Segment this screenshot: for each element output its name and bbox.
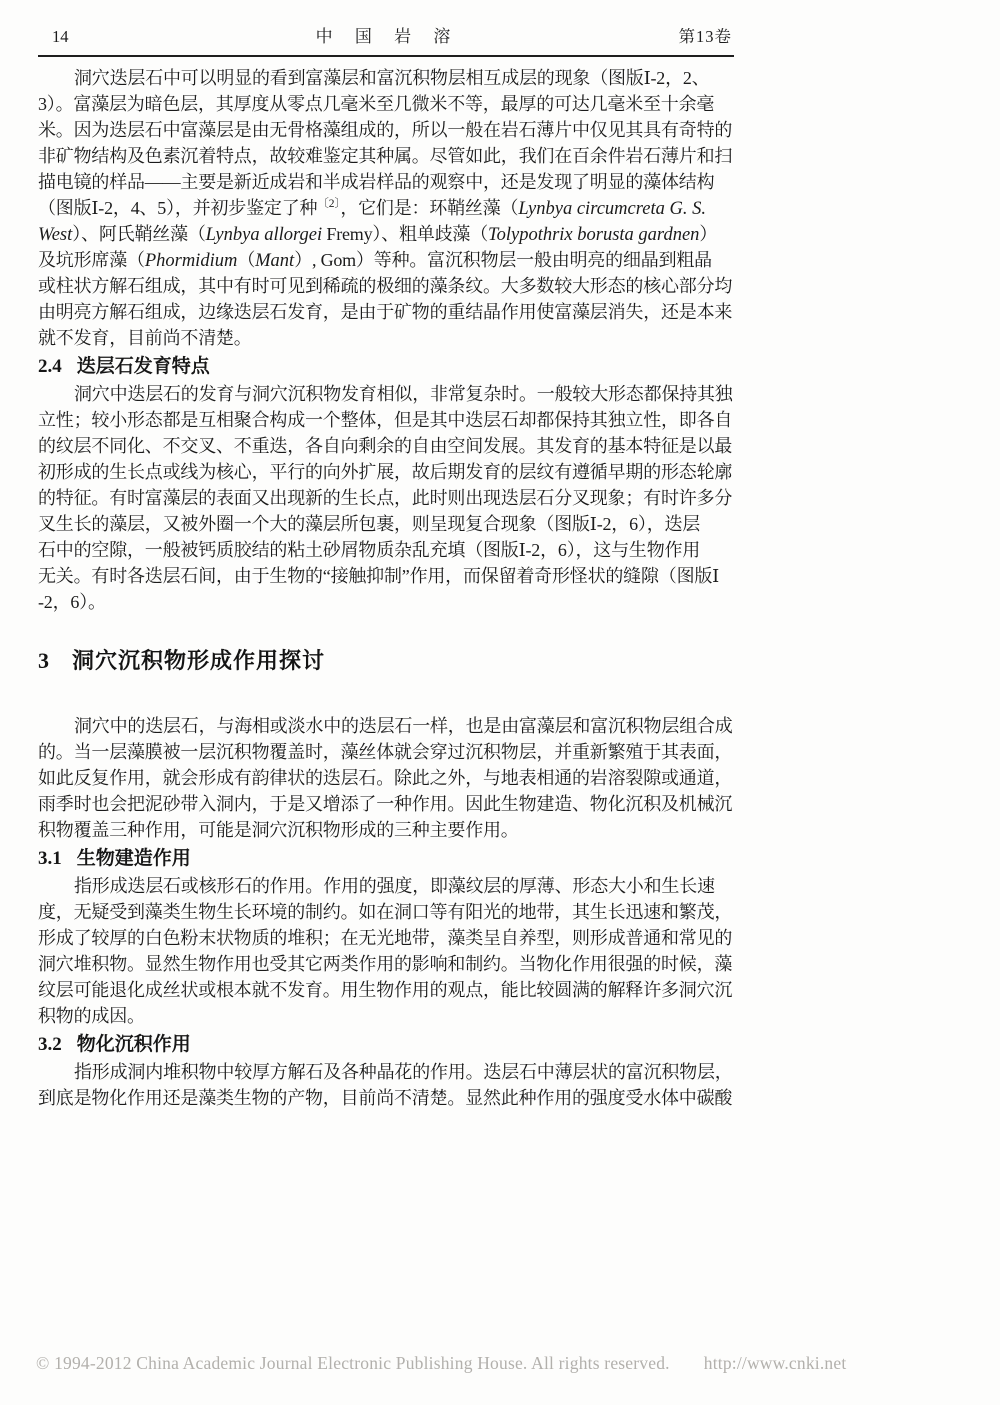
text-line: 米。因为迭层石中富藻层是由无骨格藻组成的，所以一般在岩石薄片中仅见其具有奇特的 [38, 117, 734, 143]
latin-species-name: Lynbya circumcreta G. S. [518, 199, 706, 219]
latin-species-name: Mant [255, 251, 294, 271]
text-segment: ） [699, 224, 717, 244]
latin-species-name: West [38, 225, 72, 245]
text-line: 3）。富藻层为暗色层，其厚度从零点几毫米至几微米不等，最厚的可达几毫米至十余毫 [38, 91, 734, 117]
text-line: 洞穴中迭层石的发育与洞穴沉积物发育相似，非常复杂时。一般较大形态都保持其独 [38, 381, 734, 407]
text-line: 就不发育，目前尚不清楚。 [38, 325, 734, 351]
latin-species-name: Tolypothrix borusta gardnen [488, 225, 699, 245]
page-footer: © 1994-2012 China Academic Journal Elect… [36, 1353, 966, 1374]
heading-number: 3.2 [38, 1034, 62, 1055]
text-line: 描电镜的样品——主要是新近成岩和半成岩样品的观察中，还是发现了明显的藻体结构 [38, 169, 734, 195]
text-segment: ）, Gom）等种。富沉积物层一般由明亮的细晶到粗晶 [294, 250, 712, 270]
text-segment: 洞穴中的迭层石，与海相或淡水中的迭层石一样，也是由富藻层和富沉积物层组合成 [74, 716, 733, 736]
heading-number: 3 [38, 648, 50, 673]
block-paragraph: 洞穴中迭层石的发育与洞穴沉积物发育相似，非常复杂时。一般较大形态都保持其独立性；… [38, 381, 734, 615]
text-line: 石中的空隙，一般被钙质胶结的粘土砂屑物质杂乱充填（图版Ⅰ-2，6），这与生物作用 [38, 537, 734, 563]
text-segment: 米。因为迭层石中富藻层是由无骨格藻组成的，所以一般在岩石薄片中仅见其具有奇特的 [38, 120, 732, 140]
text-segment: 立性；较小形态都是互相聚合构成一个整体，但是其中迭层石却都保持其独立性，即各自 [38, 410, 732, 430]
text-segment: 到底是物化作用还是藻类生物的产物，目前尚不清楚。显然此种作用的强度受水体中碳酸 [38, 1088, 732, 1108]
latin-species-name: Phormidium [145, 251, 238, 271]
text-line: 的纹层不同化、不交叉、不重迭，各自向剩余的自由空间发展。其发育的基本特征是以最 [38, 433, 734, 459]
text-segment: 指形成迭层石或核形石的作用。作用的强度，即藻纹层的厚薄、形态大小和生长速 [74, 876, 715, 896]
text-segment: Fremy）、粗单歧藻（ [322, 224, 488, 244]
heading-title: 物化沉积作用 [77, 1034, 191, 1055]
latin-species-name: Lynbya allorgei [206, 225, 322, 245]
block-paragraph: 洞穴中的迭层石，与海相或淡水中的迭层石一样，也是由富藻层和富沉积物层组合成的。当… [38, 713, 734, 843]
heading-number: 2.4 [38, 356, 62, 377]
text-line: 或柱状方解石组成，其中有时可见到稀疏的极细的藻条纹。大多数较大形态的核心部分均 [38, 273, 734, 299]
volume-label: 第13卷 [679, 28, 733, 46]
text-segment: ）、阿氏鞘丝藻（ [72, 224, 205, 244]
text-segment: -2，6）。 [38, 592, 106, 612]
text-segment: 无关。有时各迭层石间，由于生物的“接触抑制”作用，而保留着奇形怪状的缝隙（图版Ⅰ [38, 566, 719, 586]
block-paragraph: 洞穴迭层石中可以明显的看到富藻层和富沉积物层相互成层的现象（图版Ⅰ-2，2、3）… [38, 65, 734, 351]
text-line: 洞穴中的迭层石，与海相或淡水中的迭层石一样，也是由富藻层和富沉积物层组合成 [38, 713, 734, 739]
journal-title: 中 国 岩 溶 [316, 28, 460, 46]
text-line: 的。当一层藻膜被一层沉积物覆盖时，藻丝体就会穿过沉积物层，并重新繁殖于其表面， [38, 739, 734, 765]
heading-title: 迭层石发育特点 [77, 356, 210, 377]
text-segment: 非矿物结构及色素沉着特点，故较难鉴定其种属。尽管如此，我们在百余件岩石薄片和扫 [38, 146, 732, 166]
text-segment: 由明亮方解石组成，边缘迭层石发育，是由于矿物的重结晶作用使富藻层消失，还是本来 [38, 302, 732, 322]
text-line: 洞穴迭层石中可以明显的看到富藻层和富沉积物层相互成层的现象（图版Ⅰ-2，2、 [38, 65, 734, 91]
subsection-heading: 3.2物化沉积作用 [38, 1031, 734, 1059]
text-line: 非矿物结构及色素沉着特点，故较难鉴定其种属。尽管如此，我们在百余件岩石薄片和扫 [38, 143, 734, 169]
text-segment: 雨季时也会把泥砂带入洞内，于是又增添了一种作用。因此生物建造、物化沉积及机械沉 [38, 794, 732, 814]
text-segment: 及坑形席藻（ [38, 250, 145, 270]
text-segment: 描电镜的样品——主要是新近成岩和半成岩样品的观察中，还是发现了明显的藻体结构 [38, 172, 714, 192]
block-paragraph: 指形成迭层石或核形石的作用。作用的强度，即藻纹层的厚薄、形态大小和生长速度，无疑… [38, 873, 734, 1029]
text-line: 由明亮方解石组成，边缘迭层石发育，是由于矿物的重结晶作用使富藻层消失，还是本来 [38, 299, 734, 325]
text-segment: 3）。富藻层为暗色层，其厚度从零点几毫米至几微米不等，最厚的可达几毫米至十余毫 [38, 94, 714, 114]
section-heading: 3洞穴沉积物形成作用探讨 [38, 645, 734, 677]
block-paragraph: 指形成洞内堆积物中较厚方解石及各种晶花的作用。迭层石中薄层状的富沉积物层，到底是… [38, 1059, 734, 1111]
document-body: 洞穴迭层石中可以明显的看到富藻层和富沉积物层相互成层的现象（图版Ⅰ-2，2、3）… [38, 57, 734, 1111]
text-segment: 指形成洞内堆积物中较厚方解石及各种晶花的作用。迭层石中薄层状的富沉积物层， [74, 1062, 733, 1082]
text-segment: 洞穴中迭层石的发育与洞穴沉积物发育相似，非常复杂时。一般较大形态都保持其独 [74, 384, 733, 404]
text-line: West）、阿氏鞘丝藻（Lynbya allorgei Fremy）、粗单歧藻（… [38, 221, 734, 247]
text-segment: 积物覆盖三种作用，可能是洞穴沉积物形成的三种主要作用。 [38, 820, 519, 840]
scanned-journal-page: 14 中 国 岩 溶 第13卷 洞穴迭层石中可以明显的看到富藻层和富沉积物层相互… [0, 0, 1000, 1405]
text-line: 及坑形席藻（Phormidium（Mant）, Gom）等种。富沉积物层一般由明… [38, 247, 734, 273]
text-segment: 形成了较厚的白色粉末状物质的堆积；在无光地带，藻类呈自养型，则形成普通和常见的 [38, 928, 732, 948]
text-line: -2，6）。 [38, 589, 734, 615]
citation-superscript: 〔2〕 [317, 198, 340, 210]
text-line: 立性；较小形态都是互相聚合构成一个整体，但是其中迭层石却都保持其独立性，即各自 [38, 407, 734, 433]
text-line: 指形成洞内堆积物中较厚方解石及各种晶花的作用。迭层石中薄层状的富沉积物层， [38, 1059, 734, 1085]
text-line: 如此反复作用，就会形成有韵律状的迭层石。除此之外，与地表相通的岩溶裂隙或通道， [38, 765, 734, 791]
subsection-heading: 2.4迭层石发育特点 [38, 353, 734, 381]
text-line: 积物覆盖三种作用，可能是洞穴沉积物形成的三种主要作用。 [38, 817, 734, 843]
footer-copyright: © 1994-2012 China Academic Journal Elect… [36, 1353, 670, 1373]
text-line: 叉生长的藻层，又被外圈一个大的藻层所包裹，则呈现复合现象（图版Ⅰ-2，6），迭层 [38, 511, 734, 537]
text-segment: （ [237, 250, 255, 270]
text-segment: 或柱状方解石组成，其中有时可见到稀疏的极细的藻条纹。大多数较大形态的核心部分均 [38, 276, 732, 296]
running-header: 14 中 国 岩 溶 第13卷 [38, 28, 734, 57]
text-segment: 的特征。有时富藻层的表面又出现新的生长点，此时则出现迭层石分叉现象；有时许多分 [38, 488, 732, 508]
text-segment: 积物的成因。 [38, 1006, 145, 1026]
page-content: 14 中 国 岩 溶 第13卷 洞穴迭层石中可以明显的看到富藻层和富沉积物层相互… [38, 28, 734, 1111]
text-segment: 就不发育，目前尚不清楚。 [38, 328, 252, 348]
text-segment: 初形成的生长点或线为核心，平行的向外扩展，故后期发育的层纹有遵循早期的形态轮廓 [38, 462, 732, 482]
text-line: 积物的成因。 [38, 1003, 734, 1029]
text-line: 纹层可能退化成丝状或根本就不发育。用生物作用的观点，能比较圆满的解释许多洞穴沉 [38, 977, 734, 1003]
text-segment: 石中的空隙，一般被钙质胶结的粘土砂屑物质杂乱充填（图版Ⅰ-2，6），这与生物作用 [38, 540, 700, 560]
text-line: 无关。有时各迭层石间，由于生物的“接触抑制”作用，而保留着奇形怪状的缝隙（图版Ⅰ [38, 563, 734, 589]
text-line: 形成了较厚的白色粉末状物质的堆积；在无光地带，藻类呈自养型，则形成普通和常见的 [38, 925, 734, 951]
text-line: 洞穴堆积物。显然生物作用也受其它两类作用的影响和制约。当物化作用很强的时候，藻 [38, 951, 734, 977]
heading-title: 洞穴沉积物形成作用探讨 [72, 648, 325, 673]
subsection-heading: 3.1生物建造作用 [38, 845, 734, 873]
text-segment: 的纹层不同化、不交叉、不重迭，各自向剩余的自由空间发展。其发育的基本特征是以最 [38, 436, 732, 456]
footer-url: http://www.cnki.net [704, 1353, 847, 1373]
text-segment: （图版Ⅰ-2，4、5），并初步鉴定了种 [38, 198, 317, 218]
text-line: （图版Ⅰ-2，4、5），并初步鉴定了种〔2〕，它们是：环鞘丝藻（Lynbya c… [38, 195, 734, 221]
text-segment: 度，无疑受到藻类生物生长环境的制约。如在洞口等有阳光的地带，其生长迅速和繁茂， [38, 902, 732, 922]
text-segment: 叉生长的藻层，又被外圈一个大的藻层所包裹，则呈现复合现象（图版Ⅰ-2，6），迭层 [38, 514, 700, 534]
text-segment: ，它们是：环鞘丝藻（ [340, 198, 518, 218]
text-line: 初形成的生长点或线为核心，平行的向外扩展，故后期发育的层纹有遵循早期的形态轮廓 [38, 459, 734, 485]
text-line: 的特征。有时富藻层的表面又出现新的生长点，此时则出现迭层石分叉现象；有时许多分 [38, 485, 734, 511]
page-number: 14 [52, 28, 69, 46]
text-segment: 纹层可能退化成丝状或根本就不发育。用生物作用的观点，能比较圆满的解释许多洞穴沉 [38, 980, 732, 1000]
text-segment: 如此反复作用，就会形成有韵律状的迭层石。除此之外，与地表相通的岩溶裂隙或通道， [38, 768, 732, 788]
text-line: 雨季时也会把泥砂带入洞内，于是又增添了一种作用。因此生物建造、物化沉积及机械沉 [38, 791, 734, 817]
text-segment: 洞穴迭层石中可以明显的看到富藻层和富沉积物层相互成层的现象（图版Ⅰ-2，2、 [74, 68, 710, 88]
text-line: 度，无疑受到藻类生物生长环境的制约。如在洞口等有阳光的地带，其生长迅速和繁茂， [38, 899, 734, 925]
heading-title: 生物建造作用 [77, 848, 191, 869]
text-line: 指形成迭层石或核形石的作用。作用的强度，即藻纹层的厚薄、形态大小和生长速 [38, 873, 734, 899]
text-segment: 的。当一层藻膜被一层沉积物覆盖时，藻丝体就会穿过沉积物层，并重新繁殖于其表面， [38, 742, 732, 762]
text-line: 到底是物化作用还是藻类生物的产物，目前尚不清楚。显然此种作用的强度受水体中碳酸 [38, 1085, 734, 1111]
heading-number: 3.1 [38, 848, 62, 869]
text-segment: 洞穴堆积物。显然生物作用也受其它两类作用的影响和制约。当物化作用很强的时候，藻 [38, 954, 732, 974]
